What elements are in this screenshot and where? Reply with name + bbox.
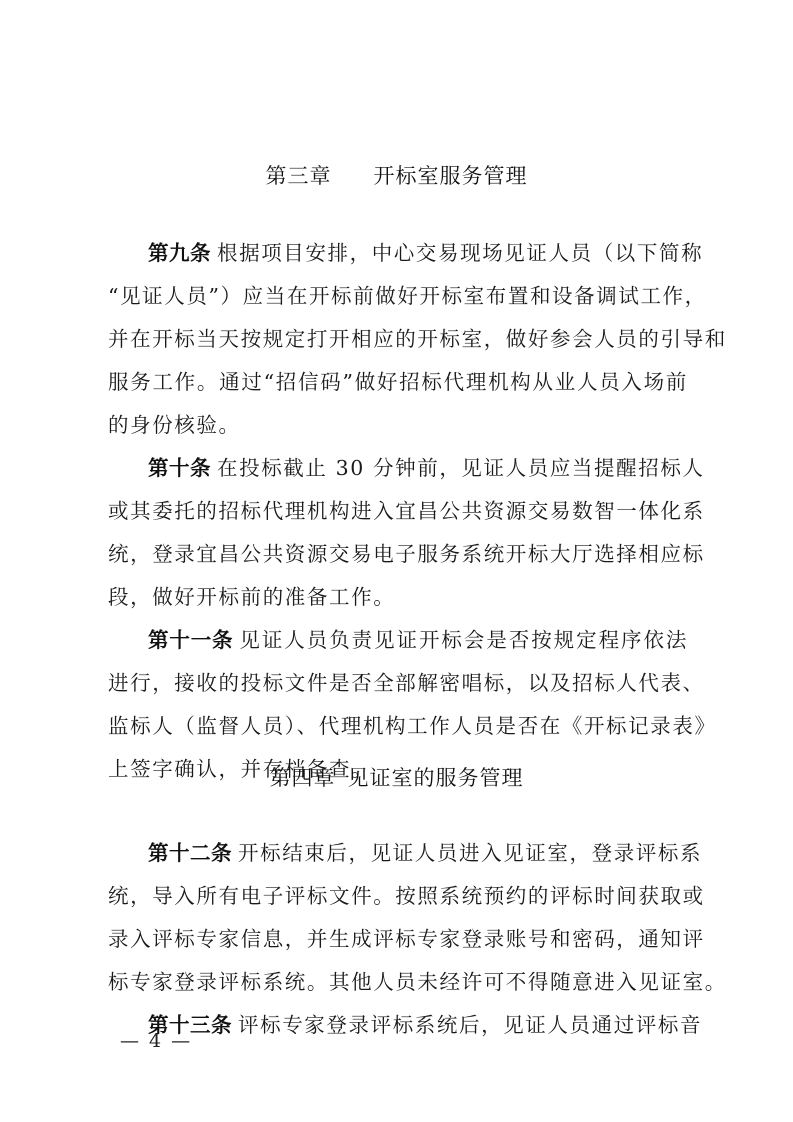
article-line: 第十一条见证人员负责见证开标会是否按规定程序依法 <box>148 623 688 653</box>
article-line: 第九条根据项目安排，中心交易现场见证人员（以下简称 <box>148 236 688 266</box>
article-label: 第九条 <box>148 241 211 265</box>
article-line: 第十条在投标截止 30 分钟前，见证人员应当提醒招标人 <box>148 451 688 481</box>
article-line: 统，导入所有电子评标文件。按照系统预约的评标时间获取或 <box>108 879 688 909</box>
article-line: 进行，接收的投标文件是否全部解密唱标，以及招标人代表、 <box>108 666 688 696</box>
article-line: 服务工作。通过“招信码”做好招标代理机构从业人员入场前 <box>108 365 688 395</box>
chapter-title: 开标室服务管理 <box>374 164 528 188</box>
article-line: 第十三条评标专家登录评标系统后，见证人员通过评标音 <box>148 1008 688 1038</box>
chapter-number: 第四章 <box>270 766 336 790</box>
article-line: 的身份核验。 <box>108 408 688 438</box>
chapter-title: 见证室的服务管理 <box>348 766 524 790</box>
chapter-heading: 第四章见证室的服务管理 <box>0 762 793 792</box>
article-line: “见证人员”）应当在开标前做好开标室布置和设备调试工作， <box>108 279 688 309</box>
article-line: 统，登录宜昌公共资源交易电子服务系统开标大厅选择相应标 <box>108 537 688 567</box>
article-line: 监标人（监督人员）、代理机构工作人员是否在《开标记录表》 <box>108 709 688 739</box>
document-page: 第三章开标室服务管理 第九条根据项目安排，中心交易现场见证人员（以下简称 “见证… <box>0 0 793 1122</box>
chapter-number: 第三章 <box>266 164 332 188</box>
article-line: 第十二条开标结束后，见证人员进入见证室，登录评标系 <box>148 836 688 866</box>
article-label: 第十二条 <box>148 841 232 865</box>
chapter-heading: 第三章开标室服务管理 <box>0 160 793 190</box>
article-line: 段，做好开标前的准备工作。 <box>108 580 688 610</box>
article-line: 或其委托的招标代理机构进入宜昌公共资源交易数智一体化系 <box>108 494 688 524</box>
article-line: 并在开标当天按规定打开相应的开标室，做好参会人员的引导和 <box>108 322 688 352</box>
article-label: 第十一条 <box>148 628 233 652</box>
page-number: — 4 — <box>120 1030 192 1052</box>
article-line: 标专家登录评标系统。其他人员未经许可不得随意进入见证室。 <box>108 965 688 995</box>
article-label: 第十条 <box>148 456 211 480</box>
article-line: 录入评标专家信息，并生成评标专家登录账号和密码，通知评 <box>108 922 688 952</box>
